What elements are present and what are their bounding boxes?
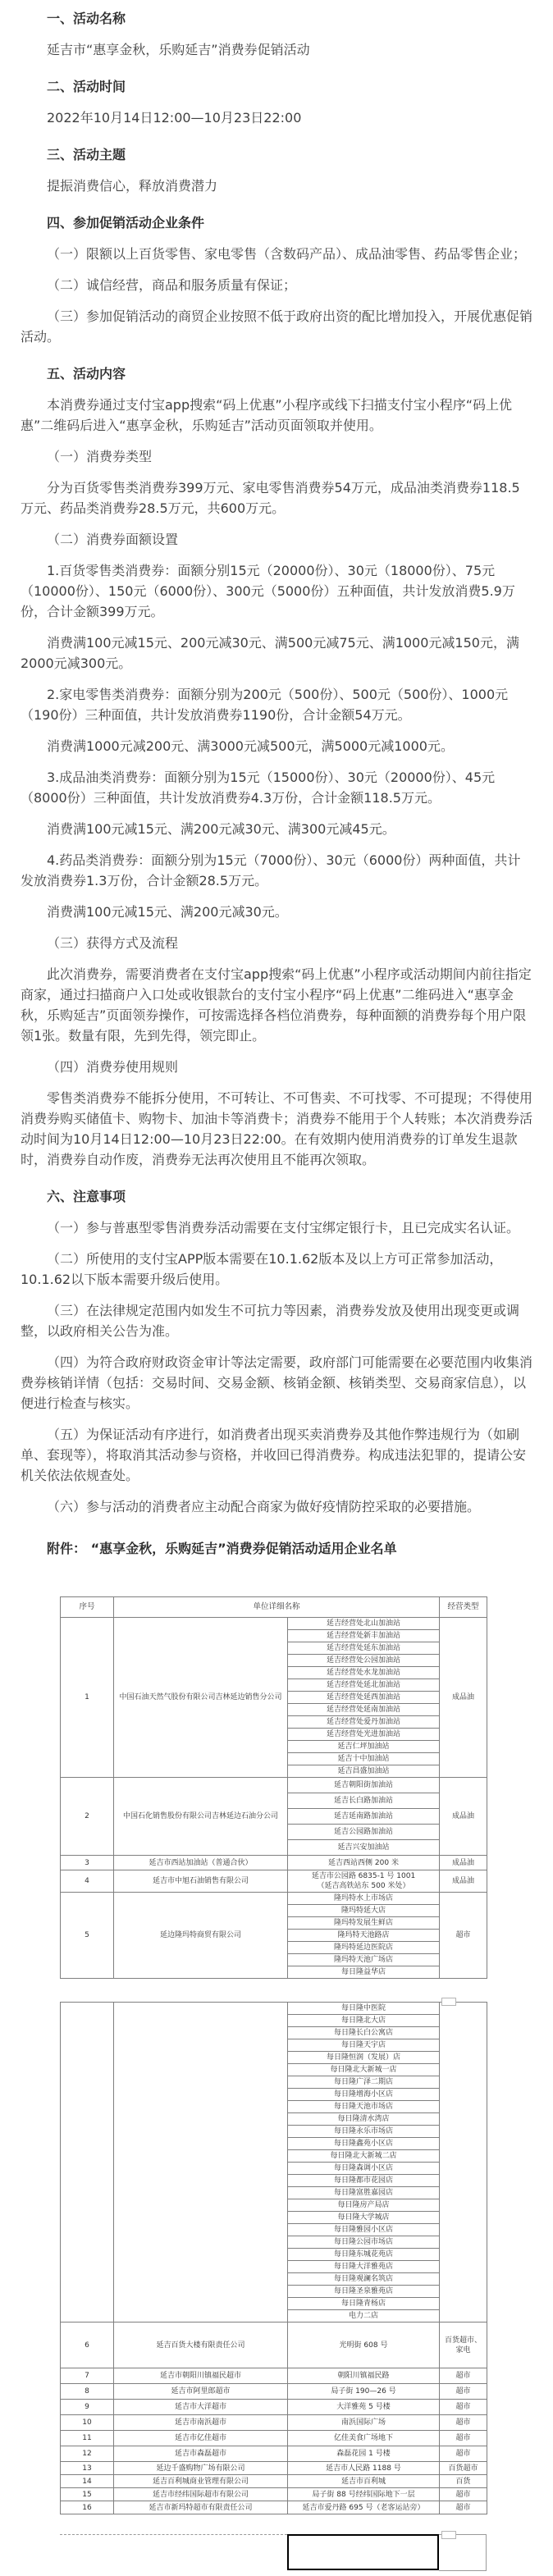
table-cell-branch: 延吉西站西侧 200 米 <box>288 1856 440 1870</box>
table-cell-branch: 每日隆观澜名筑店 <box>288 2273 440 2286</box>
table-cell-branch: 每日隆北大新城二店 <box>288 2150 440 2163</box>
table-header-cell: 单位详细名称 <box>114 1597 440 1618</box>
table-cell-branch: 每日隆森调小区店 <box>288 2163 440 2175</box>
table-cell-type: 成品油 <box>440 1778 487 1856</box>
table-cell-branch: 光明街 608 号 <box>288 2323 440 2368</box>
table-cell-index: 4 <box>61 1870 114 1893</box>
attachment-title: 附件： “惠享金秋，乐购延吉”消费券促销活动适用企业名单 <box>21 1538 532 1559</box>
table-cell-company: 延吉市大洋超市 <box>114 2400 288 2415</box>
doc-paragraph: （三）在法律规定范围内如发生不可抗力等因素，消费券发放及使用出现变更或调整，以政… <box>21 1300 532 1341</box>
table-cell-type: 超市 <box>440 2431 487 2446</box>
table-cell-type: 超市 <box>440 2400 487 2415</box>
doc-paragraph: （四）为符合政府财政资金审计等法定需要，政府部门可能需要在必要范围内收集消费券核… <box>21 1352 532 1414</box>
doc-paragraph: 消费满100元减15元、200元减30元、满500元减75元、满1000元减15… <box>21 633 532 674</box>
table-row: 3延吉市西站加油站（普通合伙）延吉西站西侧 200 米成品油 <box>61 1856 487 1870</box>
table-cell-type: 成品油 <box>440 1618 487 1778</box>
table-cell-branch: 每日隆天宇店 <box>288 2039 440 2052</box>
doc-paragraph: 2022年10月14日12:00—10月23日22:00 <box>21 107 532 128</box>
enterprise-table-chunk: 每日隆中医院每日隆北大店每日隆长白公寓店每日隆天宇店每日隆恒润（发展）店每日隆北… <box>60 2002 487 2514</box>
table-cell-index: 3 <box>61 1856 114 1870</box>
table-row: 8延吉市阿里郎超市局子街 190—26 号超市 <box>61 2384 487 2400</box>
table-cell-branch: 隆玛特延大店 <box>288 1905 440 1917</box>
table-row: 4延吉市中旭石油销售有限公司延吉市公园路 6835-1 号 1001 （延吉高铁… <box>61 1870 487 1893</box>
table-cell-branch: 每日隆北大店 <box>288 2015 440 2027</box>
table-cell-type: 百货超市、 家电 <box>440 2323 487 2368</box>
doc-paragraph: 4.药品类消费券：面额分别为15元（7000份）、30元（6000份）两种面值，… <box>21 850 532 891</box>
doc-paragraph: （三）获得方式及流程 <box>21 933 532 953</box>
enterprise-table: 序号单位详细名称经营类型1中国石油天然气股份有限公司吉林延边销售分公司延吉经营处… <box>21 1596 532 2514</box>
table-cell-index: 16 <box>61 2501 114 2514</box>
table-row: 6延吉百货大楼有限责任公司光明街 608 号百货超市、 家电 <box>61 2323 487 2368</box>
doc-paragraph: （六）参与活动的消费者应主动配合商家为做好疫情防控采取的必要措施。 <box>21 1496 532 1517</box>
partial-index-company-cell <box>60 2534 287 2570</box>
table-cell-company: 延吉市森磊超市 <box>114 2446 288 2462</box>
table-fragment-partial <box>60 2534 487 2570</box>
table-cell-branch: 每日隆都市花园店 <box>288 2175 440 2187</box>
table-cell-branch: 电力二店 <box>288 2310 440 2323</box>
table-cell-index: 1 <box>61 1618 114 1778</box>
table-cell-branch: 延吉昌盛加油站 <box>288 1765 440 1778</box>
table-cell-branch: 延吉经营处水龙加油站 <box>288 1667 440 1679</box>
table-cell-type: 超市 <box>440 2415 487 2431</box>
table-cell-branch: 每日隆天池市场店 <box>288 2101 440 2113</box>
table-cell-type: 成品油 <box>440 1870 487 1893</box>
table-row: 7延吉市朝阳川镇福民超市朝阳川镇福民路超市 <box>61 2368 487 2384</box>
table-cell-branch: 局子街 190—26 号 <box>288 2384 440 2400</box>
table-cell-branch: 延吉兴安加油站 <box>288 1840 440 1856</box>
table-cell-type: 超市 <box>440 2446 487 2462</box>
doc-paragraph: （一）限额以上百货零售、家电零售（含数码产品）、成品油零售、药品零售企业； <box>21 244 532 264</box>
table-cell-branch: 每日隆雅园小区店 <box>288 2224 440 2236</box>
table-cell-index: 10 <box>61 2415 114 2431</box>
table-row: 2中国石化销售股份有限公司吉林延边石油分公司延吉朝阳街加油站成品油 <box>61 1778 487 1793</box>
doc-heading: 三、活动主题 <box>21 144 532 165</box>
table-cell-branch: 每日隆益华店 <box>288 1966 440 1979</box>
table-cell-branch: 每日隆青杨店 <box>288 2298 440 2310</box>
table-cell-company <box>114 2003 288 2323</box>
doc-paragraph: 3.成品油类消费券：面额分别为15元（15000份）、30元（20000份）、4… <box>21 767 532 808</box>
table-resize-handle <box>441 1998 456 2006</box>
doc-paragraph: 1.百货零售类消费券：面额分别15元（20000份）、30元（18000份）、7… <box>21 560 532 622</box>
table-header-row: 序号单位详细名称经营类型 <box>61 1597 487 1618</box>
table-resize-handle <box>441 2531 456 2539</box>
table-cell-company: 延吉市中旭石油销售有限公司 <box>114 1870 288 1893</box>
table-cell-branch: 每日隆鑫苑小区店 <box>288 2138 440 2150</box>
table-cell-company: 延吉市阿里郎超市 <box>114 2384 288 2400</box>
doc-heading: 四、参加促销活动企业条件 <box>21 212 532 233</box>
table-cell-branch: 森磊花园 1 号楼 <box>288 2446 440 2462</box>
table-cell-type: 成品油 <box>440 1856 487 1870</box>
table-cell-branch: 延吉经营处光进加油站 <box>288 1729 440 1741</box>
table-cell-branch: 亿佳美食广场地下 <box>288 2431 440 2446</box>
doc-paragraph: （四）消费券使用规则 <box>21 1057 532 1077</box>
document-body: 一、活动名称延吉市“惠享金秋，乐购延吉”消费券促销活动二、活动时间2022年10… <box>0 0 553 2570</box>
table-cell-type: 超市 <box>440 2501 487 2514</box>
table-cell-company: 延吉市亿佳超市 <box>114 2431 288 2446</box>
doc-paragraph: 提振消费信心，释放消费潜力 <box>21 176 532 196</box>
table-cell-type: 百货超市 <box>440 2462 487 2475</box>
table-cell-index: 8 <box>61 2384 114 2400</box>
selected-cell <box>287 2534 439 2570</box>
table-cell-company: 延吉百利城商业管理有限公司 <box>114 2475 288 2488</box>
table-cell-branch: 延吉经营处公园加油站 <box>288 1655 440 1667</box>
table-cell-index: 11 <box>61 2431 114 2446</box>
table-cell-index: 9 <box>61 2400 114 2415</box>
table-cell-branch: 延吉经营处延南加油站 <box>288 1704 440 1716</box>
table-cell-company: 延吉市经纬国际超市有限公司 <box>114 2488 288 2501</box>
table-row: 每日隆中医院 <box>61 2003 487 2015</box>
table-cell-branch: 延吉仁坪加油站 <box>288 1741 440 1753</box>
table-cell-branch: 延吉长白路加油站 <box>288 1793 440 1809</box>
table-cell-branch: 延吉经营处延西加油站 <box>288 1692 440 1704</box>
doc-heading: 五、活动内容 <box>21 363 532 384</box>
table-row: 11延吉市亿佳超市亿佳美食广场地下超市 <box>61 2431 487 2446</box>
table-cell-type: 百货 <box>440 2475 487 2488</box>
table-cell-branch: 延吉经营处新丰加油站 <box>288 1630 440 1642</box>
doc-paragraph: 零售类消费券不能拆分使用，不可转让、不可售卖、不可找零、不可提现；不得使用消费券… <box>21 1088 532 1170</box>
table-cell-type: 超市 <box>440 2384 487 2400</box>
table-cell-branch: 每日隆增海小区店 <box>288 2089 440 2101</box>
table-cell-index: 12 <box>61 2446 114 2462</box>
table-cell-branch: 延吉市公园路 6835-1 号 1001 （延吉高铁站东 500 米处） <box>288 1870 440 1893</box>
table-row: 1中国石油天然气股份有限公司吉林延边销售分公司延吉经营处北山加油站成品油 <box>61 1618 487 1630</box>
doc-paragraph: 延吉市“惠享金秋，乐购延吉”消费券促销活动 <box>21 39 532 60</box>
table-cell-branch: 每日隆大学城店 <box>288 2212 440 2224</box>
table-cell-branch: 每日隆恒润（发展）店 <box>288 2052 440 2064</box>
doc-paragraph: （五）为保证活动有序进行，如消费者出现买卖消费券及其他作弊违规行为（如刷单、套现… <box>21 1424 532 1486</box>
doc-paragraph: （二）所使用的支付宝APP版本需要在10.1.62版本及以上方可正常参加活动，1… <box>21 1249 532 1290</box>
table-row: 15延吉市经纬国际超市有限公司局子街 88 号经纬国际地下一层超市 <box>61 2488 487 2501</box>
table-row: 14延吉百利城商业管理有限公司延吉市百利城百货 <box>61 2475 487 2488</box>
table-cell-company: 中国石油天然气股份有限公司吉林延边销售分公司 <box>114 1618 288 1778</box>
table-cell-company: 延吉市朝阳川镇福民超市 <box>114 2368 288 2384</box>
table-cell-index: 13 <box>61 2462 114 2475</box>
table-cell-branch: 隆玛特发展生鲜店 <box>288 1917 440 1930</box>
table-cell-index <box>61 2003 114 2323</box>
table-cell-branch: 局子街 88 号经纬国际地下一层 <box>288 2488 440 2501</box>
table-cell-branch: 隆玛特天池广场店 <box>288 1954 440 1966</box>
table-cell-type: 超市 <box>440 2368 487 2384</box>
table-cell-branch: 每日隆东城花苑店 <box>288 2249 440 2261</box>
table-cell-branch: 延吉公园路加油站 <box>288 1825 440 1840</box>
table-cell-company: 延吉百货大楼有限责任公司 <box>114 2323 288 2368</box>
table-cell-index: 7 <box>61 2368 114 2384</box>
table-cell-company: 延边隆玛特商贸有限公司 <box>114 1893 288 1979</box>
table-cell-branch: 延吉经营处延北加油站 <box>288 1679 440 1692</box>
table-cell-branch: 延吉十中加油站 <box>288 1753 440 1765</box>
table-cell-index: 6 <box>61 2323 114 2368</box>
table-row: 12延吉市森磊超市森磊花园 1 号楼超市 <box>61 2446 487 2462</box>
doc-heading: 一、活动名称 <box>21 8 532 29</box>
table-cell-branch: 每日隆圣泉雅苑店 <box>288 2286 440 2298</box>
table-header-cell: 序号 <box>61 1597 114 1618</box>
doc-paragraph: （三）参加促销活动的商贸企业按照不低于政府出资的配比增加投入，开展优惠促销活动。 <box>21 306 532 347</box>
table-cell-branch: 隆玛特天池路店 <box>288 1930 440 1942</box>
table-cell-index: 5 <box>61 1893 114 1979</box>
document-sections: 一、活动名称延吉市“惠享金秋，乐购延吉”消费券促销活动二、活动时间2022年10… <box>21 8 532 1517</box>
table-cell-branch: 每日隆公园市场店 <box>288 2236 440 2249</box>
table-cell-branch: 朝阳川镇福民路 <box>288 2368 440 2384</box>
doc-paragraph: 此次消费券，需要消费者在支付宝app搜索“码上优惠”小程序或活动期间内前往指定商… <box>21 964 532 1046</box>
table-cell-branch: 延吉延南路加油站 <box>288 1809 440 1825</box>
table-cell-index: 15 <box>61 2488 114 2501</box>
table-row: 13延边千盛购物广场有限公司延吉市人民路 1188 号百货超市 <box>61 2462 487 2475</box>
enterprise-table-chunk: 序号单位详细名称经营类型1中国石油天然气股份有限公司吉林延边销售分公司延吉经营处… <box>60 1596 487 1979</box>
table-cell-branch: 大洋雅苑 5 号楼 <box>288 2400 440 2415</box>
doc-paragraph: 分为百货零售类消费券399万元、家电零售消费券54万元，成品油类消费券118.5… <box>21 477 532 518</box>
table-cell-branch: 延吉市爱丹路 695 号（老客运站旁） <box>288 2501 440 2514</box>
doc-paragraph: （二）诚信经营，商品和服务质量有保证； <box>21 275 532 295</box>
table-row: 16延吉市新玛特超市有限责任公司延吉市爱丹路 695 号（老客运站旁）超市 <box>61 2501 487 2514</box>
partial-type-cell <box>439 2534 487 2571</box>
table-cell-branch: 每日隆富胜嘉园店 <box>288 2187 440 2199</box>
table-cell-type: 超市 <box>440 2488 487 2501</box>
table-cell-company: 延吉市西站加油站（普通合伙） <box>114 1856 288 1870</box>
table-cell-branch: 每日隆北大新城一店 <box>288 2064 440 2076</box>
table-cell-branch: 每日隆大洋雅苑店 <box>288 2261 440 2273</box>
table-cell-company: 延吉市南浜超市 <box>114 2415 288 2431</box>
table-row: 9延吉市大洋超市大洋雅苑 5 号楼超市 <box>61 2400 487 2415</box>
doc-paragraph: 2.家电零售类消费券：面额分别为200元（500份）、500元（500份）、10… <box>21 684 532 725</box>
table-cell-company: 延吉市新玛特超市有限责任公司 <box>114 2501 288 2514</box>
doc-paragraph: 消费满100元减15元、满200元减30元。 <box>21 902 532 922</box>
enterprise-table-area: 序号单位详细名称经营类型1中国石油天然气股份有限公司吉林延边销售分公司延吉经营处… <box>21 1596 532 2570</box>
table-row: 5延边隆玛特商贸有限公司隆玛特水上市场店超市 <box>61 1893 487 1905</box>
doc-paragraph: 消费满100元减15元、满200元减30元、满300元减45元。 <box>21 819 532 839</box>
table-cell-type <box>440 2003 487 2323</box>
table-cell-branch: 隆玛特延边医院店 <box>288 1942 440 1954</box>
doc-paragraph: 消费满1000元减200元、满3000元减500元，满5000元减1000元。 <box>21 736 532 756</box>
doc-heading: 二、活动时间 <box>21 76 532 97</box>
table-cell-branch: 延吉经营处北山加油站 <box>288 1618 440 1630</box>
table-cell-branch: 每日隆长白公寓店 <box>288 2027 440 2039</box>
doc-paragraph: （二）消费券面额设置 <box>21 529 532 550</box>
table-cell-branch: 每日隆永乐市场店 <box>288 2126 440 2138</box>
table-header-cell: 经营类型 <box>440 1597 487 1618</box>
table-cell-branch: 每日隆广泽二期店 <box>288 2076 440 2089</box>
doc-paragraph: 本消费券通过支付宝app搜索“码上优惠”小程序或线下扫描支付宝小程序“码上优惠”… <box>21 395 532 436</box>
table-cell-index: 2 <box>61 1778 114 1856</box>
table-cell-type: 超市 <box>440 1893 487 1979</box>
table-cell-branch: 延吉市人民路 1188 号 <box>288 2462 440 2475</box>
table-cell-branch: 隆玛特水上市场店 <box>288 1893 440 1905</box>
doc-paragraph: （一）参与普惠型零售消费券活动需要在支付宝绑定银行卡，且已完成实名认证。 <box>21 1217 532 1238</box>
table-cell-company: 中国石化销售股份有限公司吉林延边石油分公司 <box>114 1778 288 1856</box>
doc-paragraph: （一）消费券类型 <box>21 446 532 467</box>
table-cell-branch: 每日隆房产局店 <box>288 2199 440 2212</box>
table-cell-branch: 每日隆清水湾店 <box>288 2113 440 2126</box>
doc-heading: 六、注意事项 <box>21 1186 532 1207</box>
table-cell-company: 延边千盛购物广场有限公司 <box>114 2462 288 2475</box>
table-cell-branch: 延吉经营处爱丹加油站 <box>288 1716 440 1729</box>
table-cell-branch: 南浜国际广场 <box>288 2415 440 2431</box>
table-cell-branch: 每日隆中医院 <box>288 2003 440 2015</box>
table-cell-branch: 延吉市百利城 <box>288 2475 440 2488</box>
table-cell-branch: 延吉经营处延东加油站 <box>288 1642 440 1655</box>
table-cell-branch: 延吉朝阳街加油站 <box>288 1778 440 1793</box>
table-cell-index: 14 <box>61 2475 114 2488</box>
table-row: 10延吉市南浜超市南浜国际广场超市 <box>61 2415 487 2431</box>
